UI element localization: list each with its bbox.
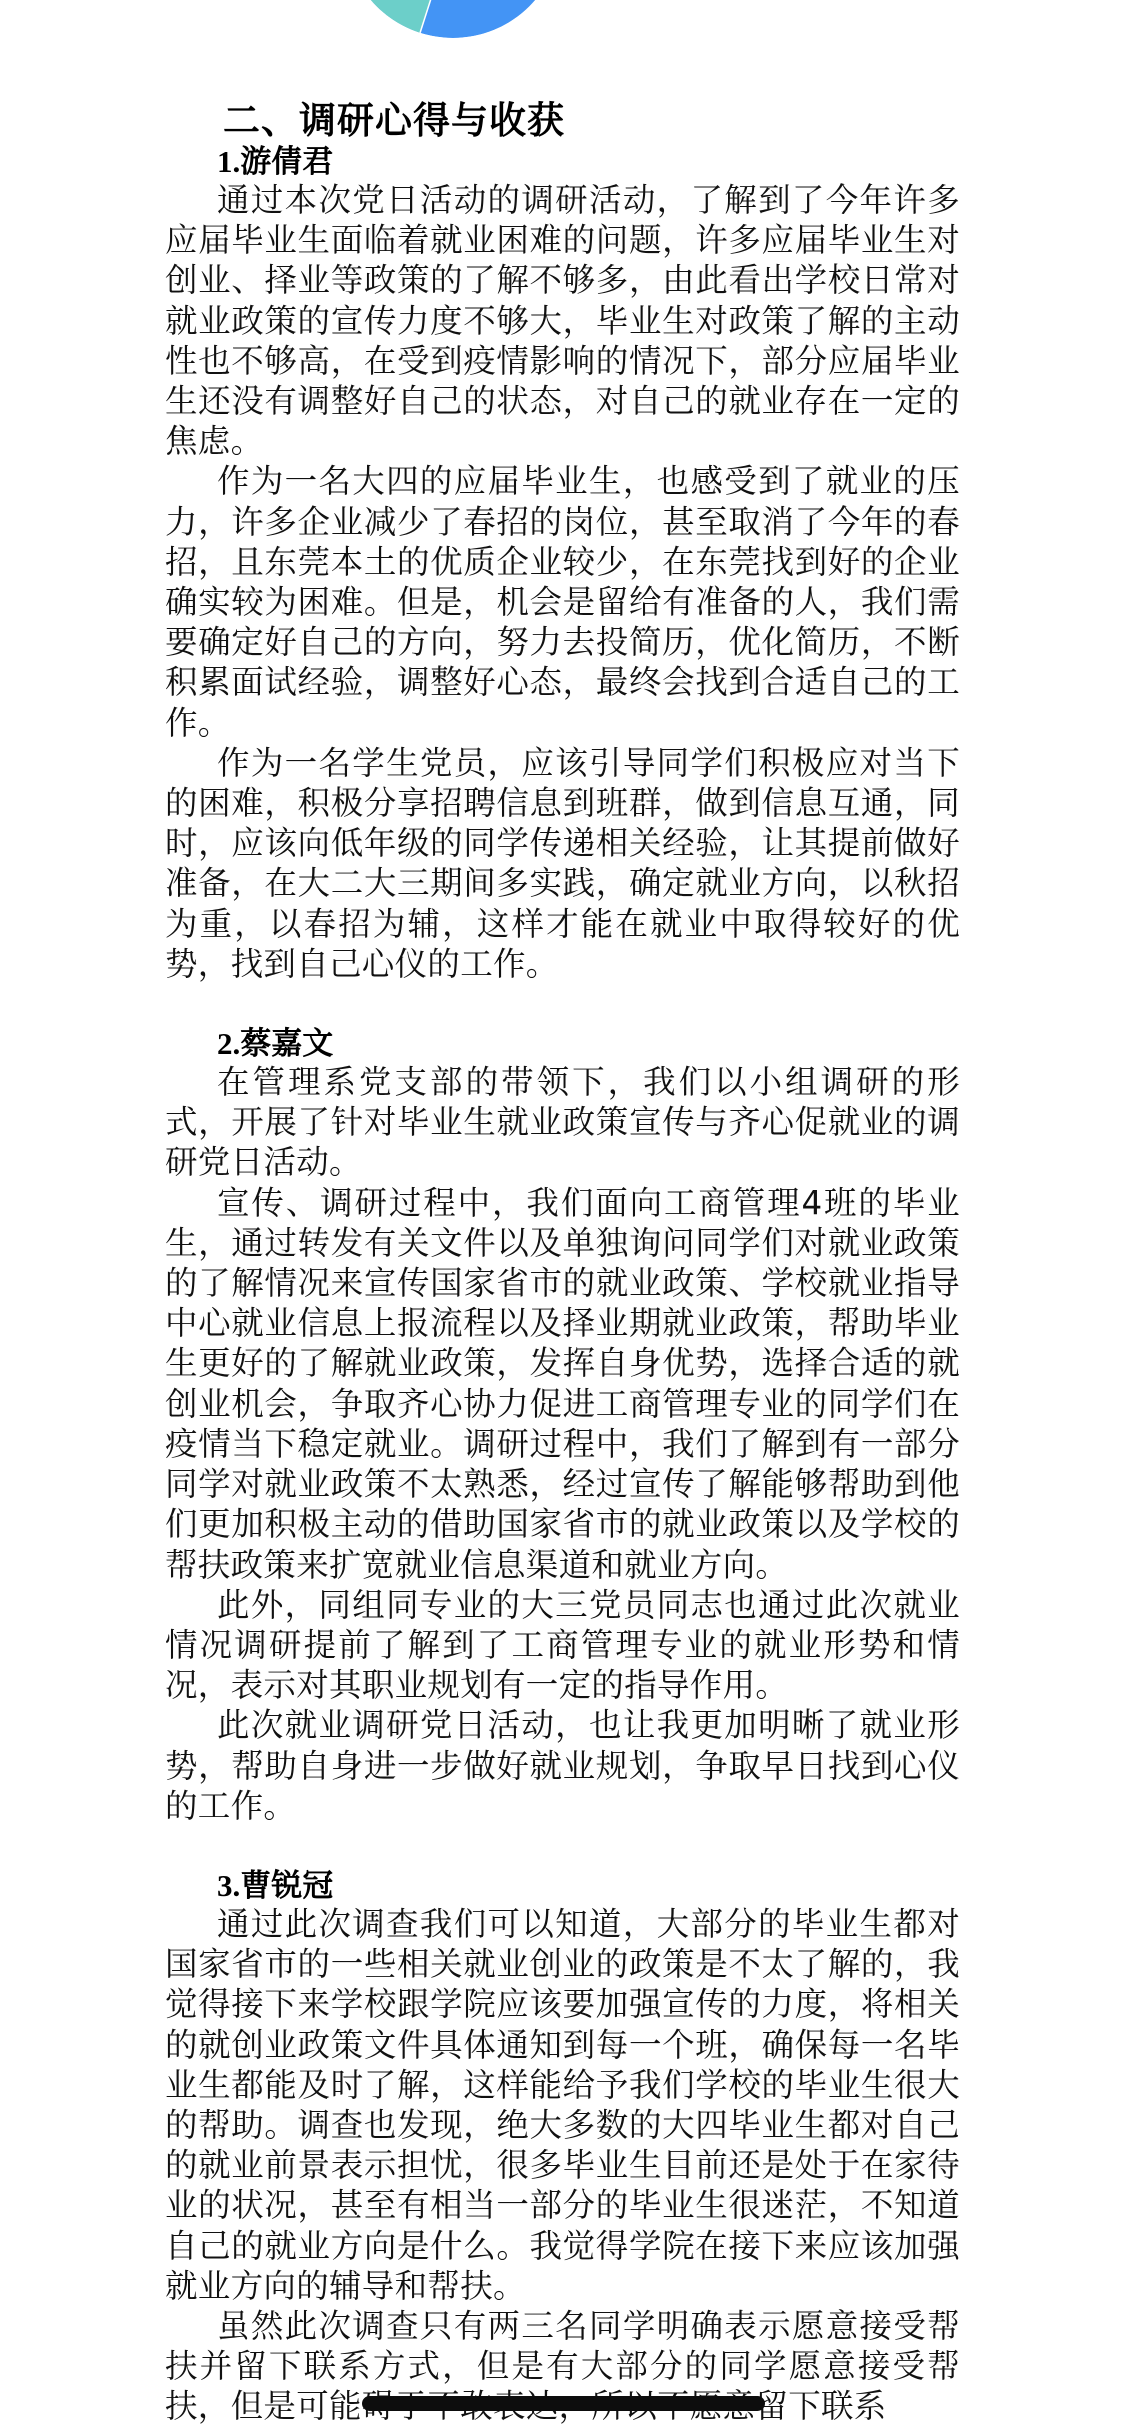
entry-1: 1.游倩君 通过本次党日活动的调研活动，了解到了今年许多应届毕业生面临着就业困难… [165, 144, 960, 984]
entry-2: 2.蔡嘉文 在管理系党支部的带领下，我们以小组调研的形式，开展了针对毕业生就业政… [165, 1026, 960, 1826]
paragraph: 通过此次调查我们可以知道，大部分的毕业生都对国家省市的一些相关就业创业的政策是不… [165, 1904, 960, 2306]
paragraph: 作为一名大四的应届毕业生，也感受到了就业的压力，许多企业减少了春招的岗位，甚至取… [165, 461, 960, 742]
paragraph: 此次就业调研党日活动，也让我更加明晰了就业形势，帮助自身进一步做好就业规划，争取… [165, 1705, 960, 1826]
spacer [165, 984, 960, 1026]
paragraph: 通过本次党日活动的调研活动，了解到了今年许多应届毕业生面临着就业困难的问题，许多… [165, 180, 960, 461]
paragraph: 此外，同组同专业的大三党员同志也通过此次就业情况调研提前了解到了工商管理专业的就… [165, 1585, 960, 1706]
entry-title: 1.游倩君 [217, 144, 960, 180]
home-indicator[interactable] [362, 2396, 765, 2411]
paragraph: 作为一名学生党员，应该引导同学们积极应对当下的困难，积极分享招聘信息到班群，做到… [165, 743, 960, 984]
pie-chart-fragment [345, 0, 561, 38]
document-body: 二、调研心得与收获 1.游倩君 通过本次党日活动的调研活动，了解到了今年许多应届… [165, 98, 960, 2427]
spacer [165, 1826, 960, 1868]
paragraph: 在管理系党支部的带领下，我们以小组调研的形式，开展了针对毕业生就业政策宣传与齐心… [165, 1062, 960, 1183]
section-title: 二、调研心得与收获 [223, 98, 960, 144]
entry-3: 3.曹锐冠 通过此次调查我们可以知道，大部分的毕业生都对国家省市的一些相关就业创… [165, 1868, 960, 2427]
paragraph: 宣传、调研过程中，我们面向工商管理4班的毕业生，通过转发有关文件以及单独询问同学… [165, 1183, 960, 1585]
entry-title: 2.蔡嘉文 [217, 1026, 960, 1062]
pie-chart-graphic [345, 0, 561, 38]
entry-title: 3.曹锐冠 [217, 1868, 960, 1904]
